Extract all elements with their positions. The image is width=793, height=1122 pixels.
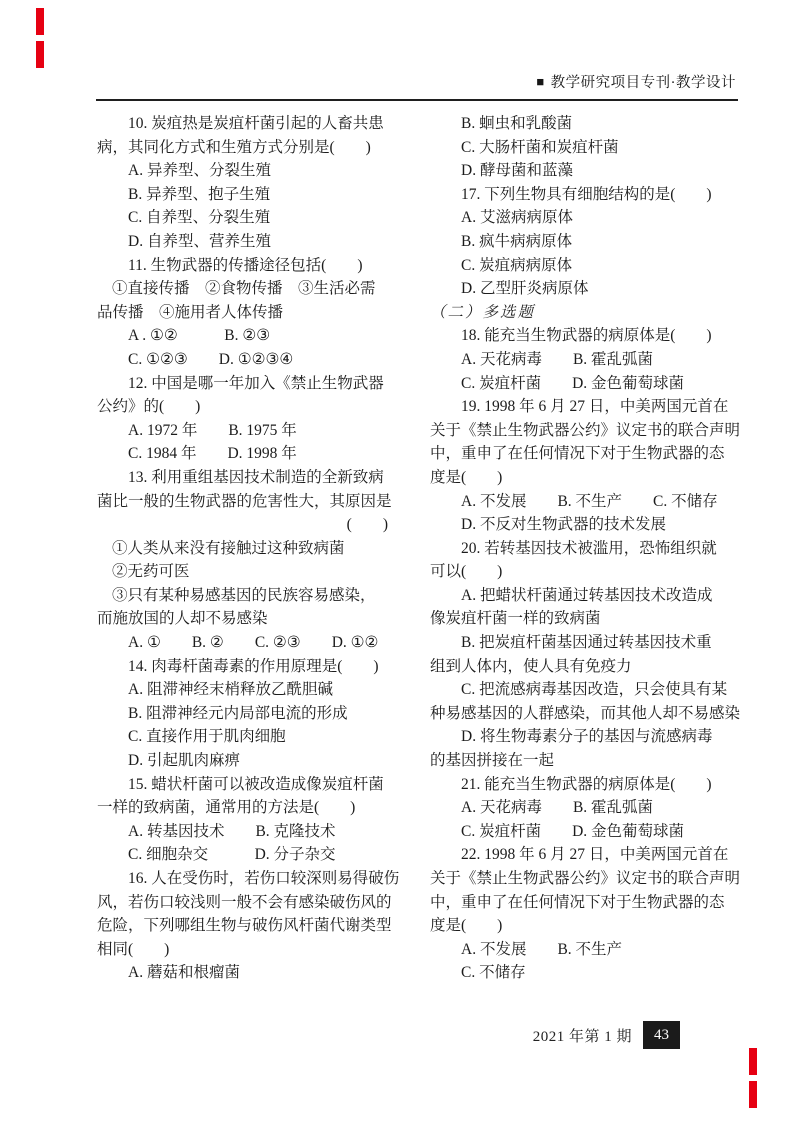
journal-page: ■ 教学研究项目专刊·教学设计 10. 炭疽热是炭疽杆菌引起的人畜共患病，其同化… [0,0,793,1122]
text-line: 的基因拼接在一起 [430,749,738,773]
header-rule [96,99,738,101]
page-footer: 2021 年第 1 期 43 [533,1021,680,1049]
text-line: 关于《禁止生物武器公约》议定书的联合声明 [430,867,738,891]
text-line: 而施放国的人却不易感染 [97,607,393,631]
text-line: A. 不发展 B. 不生产 [430,938,738,962]
text-line: C. 直接作用于肌肉细胞 [97,725,393,749]
text-line: C. 炭疽病病原体 [430,254,738,278]
text-line: C. 自养型、分裂生殖 [97,206,393,230]
text-line: 17. 下列生物具有细胞结构的是( ) [430,183,738,207]
text-line: 19. 1998 年 6 月 27 日，中美两国元首在 [430,395,738,419]
text-line: A . ①② B. ②③ [97,324,393,348]
text-line: C. 不储存 [430,961,738,985]
text-line: C. 大肠杆菌和炭疽杆菌 [430,136,738,160]
text-line: 中，重申了在任何情况下对于生物武器的态 [430,442,738,466]
text-line: A. 异养型、分裂生殖 [97,159,393,183]
text-line: D. 乙型肝炎病原体 [430,277,738,301]
text-line: （二）多选题 [430,301,738,325]
text-line: 危险，下列哪组生物与破伤风杆菌代谢类型 [97,914,393,938]
text-line: D. 自养型、营养生殖 [97,230,393,254]
text-line: A. 不发展 B. 不生产 C. 不储存 [430,490,738,514]
text-line: 度是( ) [430,466,738,490]
text-line: 13. 利用重组基因技术制造的全新致病 [97,466,393,490]
issue-label: 2021 年第 1 期 [533,1025,632,1046]
text-line: 关于《禁止生物武器公约》议定书的联合声明 [430,419,738,443]
text-line: A. ① B. ② C. ②③ D. ①② [97,631,393,655]
text-line: 公约》的( ) [97,395,393,419]
text-line: 15. 蜡状杆菌可以被改造成像炭疽杆菌 [97,773,393,797]
red-edge-mark [36,8,44,35]
text-line: 种易感基因的人群感染，而其他人却不易感染 [430,702,738,726]
text-line: D. 酵母菌和蓝藻 [430,159,738,183]
header-title: 教学研究项目专刊·教学设计 [551,71,736,92]
text-line: C. 炭疽杆菌 D. 金色葡萄球菌 [430,820,738,844]
text-line: 10. 炭疽热是炭疽杆菌引起的人畜共患 [97,112,393,136]
text-line: 18. 能充当生物武器的病原体是( ) [430,324,738,348]
text-line: B. 把炭疽杆菌基因通过转基因技术重 [430,631,738,655]
section-square-icon: ■ [536,75,544,88]
text-line: 组到人体内，使人具有免疫力 [430,655,738,679]
text-line: 20. 若转基因技术被滥用，恐怖组织就 [430,537,738,561]
text-line: ( ) [97,513,393,537]
text-line: 11. 生物武器的传播途径包括( ) [97,254,393,278]
text-line: D. 将生物毒素分子的基因与流感病毒 [430,725,738,749]
text-line: 品传播 ④施用者人体传播 [97,301,393,325]
text-line: C. ①②③ D. ①②③④ [97,348,393,372]
text-line: 21. 能充当生物武器的病原体是( ) [430,773,738,797]
text-line: A. 阻滞神经末梢释放乙酰胆碱 [97,678,393,702]
text-line: C. 1984 年 D. 1998 年 [97,442,393,466]
text-line: B. 异养型、抱子生殖 [97,183,393,207]
text-line: 可以( ) [430,560,738,584]
text-line: ③只有某种易感基因的民族容易感染， [97,584,393,608]
text-line: B. 疯牛病病原体 [430,230,738,254]
text-line: ①直接传播 ②食物传播 ③生活必需 [97,277,393,301]
text-line: A. 转基因技术 B. 克隆技术 [97,820,393,844]
text-line: 16. 人在受伤时，若伤口较深则易得破伤 [97,867,393,891]
text-line: 风，若伤口较浅则一般不会有感染破伤风的 [97,891,393,915]
text-line: C. 炭疽杆菌 D. 金色葡萄球菌 [430,372,738,396]
text-line: 病，其同化方式和生殖方式分别是( ) [97,136,393,160]
text-line: 度是( ) [430,914,738,938]
text-line: A. 蘑菇和根瘤菌 [97,961,393,985]
text-line: 12. 中国是哪一年加入《禁止生物武器 [97,372,393,396]
text-line: D. 引起肌肉麻痹 [97,749,393,773]
left-column: 10. 炭疽热是炭疽杆菌引起的人畜共患病，其同化方式和生殖方式分别是( )A. … [97,112,393,985]
text-line: 像炭疽杆菌一样的致病菌 [430,607,738,631]
page-header: ■ 教学研究项目专刊·教学设计 [536,71,736,92]
text-line: B. 阻滞神经元内局部电流的形成 [97,702,393,726]
text-line: A. 艾滋病病原体 [430,206,738,230]
text-line: C. 把流感病毒基因改造，只会使具有某 [430,678,738,702]
text-line: A. 1972 年 B. 1975 年 [97,419,393,443]
text-line: 22. 1998 年 6 月 27 日，中美两国元首在 [430,843,738,867]
text-line: B. 蛔虫和乳酸菌 [430,112,738,136]
text-line: A. 天花病毒 B. 霍乱弧菌 [430,796,738,820]
text-line: A. 把蜡状杆菌通过转基因技术改造成 [430,584,738,608]
red-edge-mark [36,41,44,68]
text-line: 一样的致病菌，通常用的方法是( ) [97,796,393,820]
red-edge-mark [749,1081,757,1108]
text-line: D. 不反对生物武器的技术发展 [430,513,738,537]
text-line: 14. 肉毒杆菌毒素的作用原理是( ) [97,655,393,679]
text-line: ②无药可医 [97,560,393,584]
text-line: A. 天花病毒 B. 霍乱弧菌 [430,348,738,372]
text-line: 相同( ) [97,938,393,962]
text-line: ①人类从来没有接触过这种致病菌 [97,537,393,561]
text-line: 中，重申了在任何情况下对于生物武器的态 [430,891,738,915]
text-line: 菌比一般的生物武器的危害性大，其原因是 [97,490,393,514]
text-line: C. 细胞杂交 D. 分子杂交 [97,843,393,867]
right-column: B. 蛔虫和乳酸菌C. 大肠杆菌和炭疽杆菌D. 酵母菌和蓝藻17. 下列生物具有… [430,112,738,985]
page-number-badge: 43 [643,1021,680,1049]
red-edge-mark [749,1048,757,1075]
